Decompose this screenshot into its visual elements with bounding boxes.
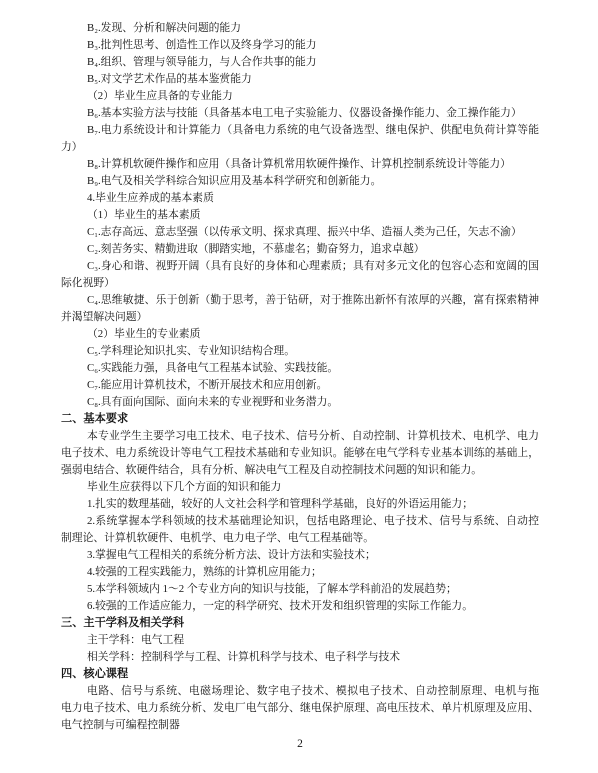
text-line: C₅.学科理论知识扎实、专业知识结构合理。 bbox=[61, 343, 539, 360]
section-heading: 三、主干学科及相关学科 bbox=[61, 615, 539, 632]
text-line: B₇.电力系统设计和计算能力（具备电力系统的电气设备选型、继电保护、供配电负荷计… bbox=[61, 122, 539, 139]
section-heading: 二、基本要求 bbox=[61, 411, 539, 428]
text-line: C₃.身心和谐、视野开阔（具有良好的身体和心理素质；具有对多元文化的包容心态和宽… bbox=[61, 258, 539, 275]
text-line: 际化视野） bbox=[61, 275, 539, 292]
text-line: 电力电子技术、电力系统分析、发电厂电气部分、继电保护原理、高电压技术、单片机原理… bbox=[61, 700, 539, 717]
text-line: 电气控制与可编程控制器 bbox=[61, 717, 539, 734]
text-line: 强弱电结合、软硬件结合，具有分析、解决电气工程及自动控制技术问题的知识和能力。 bbox=[61, 462, 539, 479]
text-line: 制理论、计算机软硬件、电机学、电力电子学、电气工程基础等。 bbox=[61, 530, 539, 547]
text-line: 5.本学科领域内 1～2 个专业方向的知识与技能，了解本学科前沿的发展趋势； bbox=[61, 581, 539, 598]
text-line: 4.较强的工程实践能力，熟练的计算机应用能力； bbox=[61, 564, 539, 581]
text-line: 力） bbox=[61, 139, 539, 156]
text-line: 相关学科：控制科学与工程、计算机科学与技术、电子科学与技术 bbox=[61, 649, 539, 666]
text-line: （2）毕业生的专业素质 bbox=[61, 326, 539, 343]
text-line: B₉.电气及相关学科综合知识应用及基本科学研究和创新能力。 bbox=[61, 173, 539, 190]
text-line: 毕业生应获得以下几个方面的知识和能力 bbox=[61, 479, 539, 496]
text-line: 电子技术、电力系统设计等电气工程技术基础和专业知识。能够在电气学科专业基本训练的… bbox=[61, 445, 539, 462]
text-line: 6.较强的工作适应能力，一定的科学研究、技术开发和组织管理的实际工作能力。 bbox=[61, 598, 539, 615]
text-line: C₈.具有面向国际、面向未来的专业视野和业务潜力。 bbox=[61, 394, 539, 411]
text-line: B₅.对文学艺术作品的基本鉴赏能力 bbox=[61, 71, 539, 88]
text-line: 4.毕业生应养成的基本素质 bbox=[61, 190, 539, 207]
page-number: 2 bbox=[61, 736, 539, 753]
text-line: （2）毕业生应具备的专业能力 bbox=[61, 88, 539, 105]
text-line: C₇.能应用计算机技术，不断开展技术和应用创新。 bbox=[61, 377, 539, 394]
text-line: C₁.志存高远、意志坚强（以传承文明、探求真理、振兴中华、造福人类为己任，矢志不… bbox=[61, 224, 539, 241]
section-heading: 四、核心课程 bbox=[61, 666, 539, 683]
text-line: （1）毕业生的基本素质 bbox=[61, 207, 539, 224]
text-line: 本专业学生主要学习电工技术、电子技术、信号分析、自动控制、计算机技术、电机学、电… bbox=[61, 428, 539, 445]
document-body: B₂.发现、分析和解决问题的能力B₃.批判性思考、创造性工作以及终身学习的能力B… bbox=[61, 20, 539, 734]
text-line: B₄.组织、管理与领导能力，与人合作共事的能力 bbox=[61, 54, 539, 71]
text-line: 2.系统掌握本学科领域的技术基础理论知识，包括电路理论、电子技术、信号与系统、自… bbox=[61, 513, 539, 530]
text-line: 主干学科：电气工程 bbox=[61, 632, 539, 649]
text-line: B₆.基本实验方法与技能（具备基本电工电子实验能力、仪器设备操作能力、金工操作能… bbox=[61, 105, 539, 122]
text-line: C₄.思维敏捷、乐于创新（勤于思考，善于钻研，对于推陈出新怀有浓厚的兴趣，富有探… bbox=[61, 292, 539, 309]
text-line: B₈.计算机软硬件操作和应用（具备计算机常用软硬件操作、计算机控制系统设计等能力… bbox=[61, 156, 539, 173]
text-line: 并渴望解决问题） bbox=[61, 309, 539, 326]
text-line: B₃.批判性思考、创造性工作以及终身学习的能力 bbox=[61, 37, 539, 54]
text-line: C₆.实践能力强，具备电气工程基本试验、实践技能。 bbox=[61, 360, 539, 377]
text-line: 电路、信号与系统、电磁场理论、数字电子技术、模拟电子技术、自动控制原理、电机与拖… bbox=[61, 683, 539, 700]
text-line: B₂.发现、分析和解决问题的能力 bbox=[61, 20, 539, 37]
document-page: B₂.发现、分析和解决问题的能力B₃.批判性思考、创造性工作以及终身学习的能力B… bbox=[0, 0, 598, 773]
text-line: C₂.刻苦务实、精勤进取（脚踏实地，不慕虚名；勤奋努力，追求卓越） bbox=[61, 241, 539, 258]
text-line: 3.掌握电气工程相关的系统分析方法、设计方法和实验技术； bbox=[61, 547, 539, 564]
text-line: 1.扎实的数理基础，较好的人文社会科学和管理科学基础，良好的外语运用能力； bbox=[61, 496, 539, 513]
